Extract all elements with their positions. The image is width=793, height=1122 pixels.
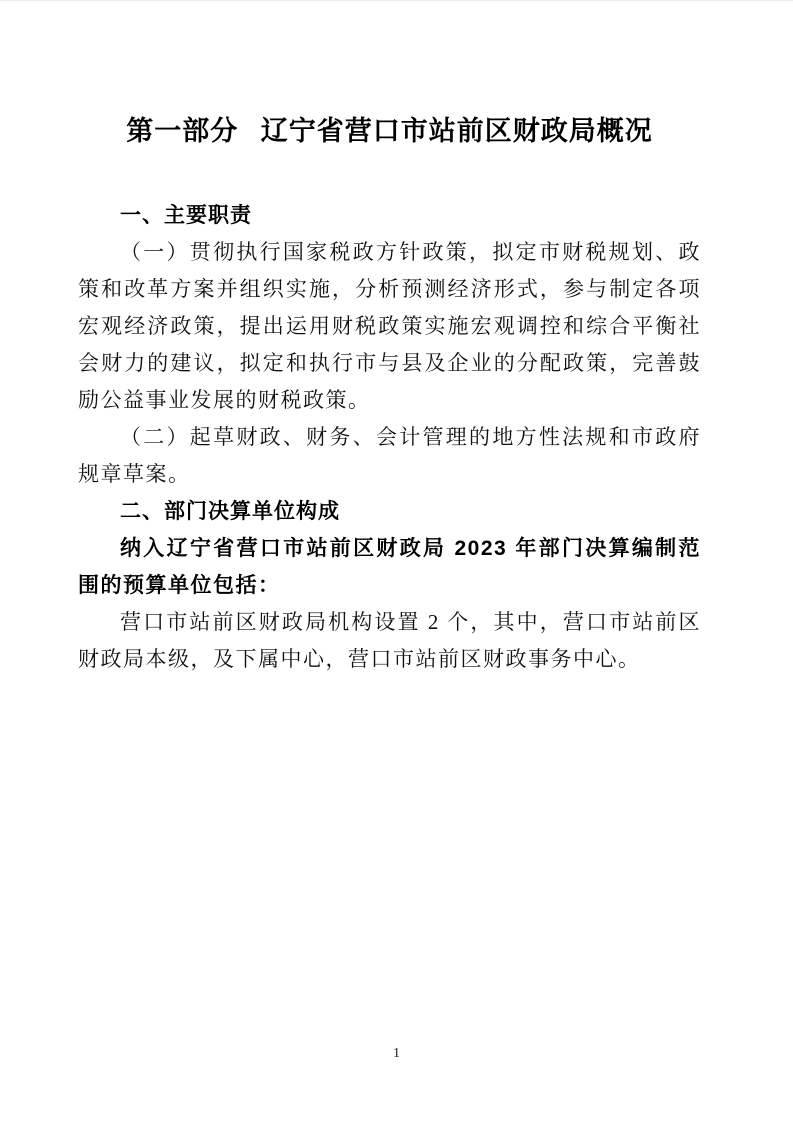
document-title: 第一部分 辽宁省营口市站前区财政局概况 bbox=[78, 111, 701, 151]
section-heading-main-duties: 一、主要职责 bbox=[78, 197, 701, 234]
paragraph-duty-1: （一）贯彻执行国家税政方针政策，拟定市财税规划、政策和改革方案并组织实施，分析预… bbox=[78, 234, 701, 419]
document-page: 第一部分 辽宁省营口市站前区财政局概况 一、主要职责 （一）贯彻执行国家税政方针… bbox=[0, 0, 793, 1122]
document-body: 一、主要职责 （一）贯彻执行国家税政方针政策，拟定市财税规划、政策和改革方案并组… bbox=[78, 197, 701, 678]
page-number: 1 bbox=[0, 1046, 793, 1062]
paragraph-org-setup: 营口市站前区财政局机构设置 2 个，其中，营口市站前区财政局本级，及下属中心，营… bbox=[78, 604, 701, 678]
section-heading-unit-composition: 二、部门决算单位构成 bbox=[78, 493, 701, 530]
lead-paragraph-budget-units: 纳入辽宁省营口市站前区财政局 2023 年部门决算编制范围的预算单位包括： bbox=[78, 530, 701, 604]
paragraph-duty-2: （二）起草财政、财务、会计管理的地方性法规和市政府规章草案。 bbox=[78, 419, 701, 493]
